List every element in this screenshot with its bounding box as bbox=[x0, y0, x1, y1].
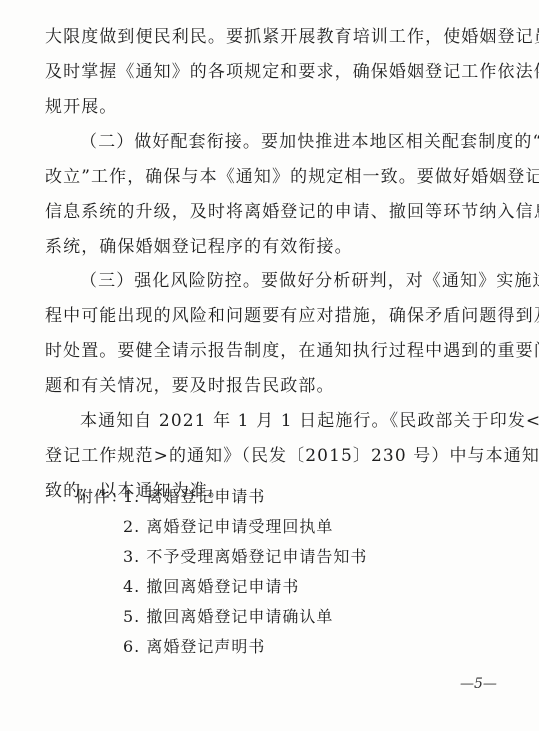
paragraph-line: 题和有关情况，要及时报告民政部。 bbox=[45, 376, 335, 396]
attachment-item: 6. 离婚登记声明书 bbox=[123, 637, 265, 657]
paragraph-line: 信息系统的升级，及时将离婚登记的申请、撤回等环节纳入信息 bbox=[45, 202, 539, 222]
paragraph-line: （三）强化风险防控。要做好分析研判，对《通知》实施过 bbox=[80, 271, 539, 291]
paragraph-line: 规开展。 bbox=[45, 97, 117, 117]
paragraph-line: 本通知自 2021 年 1 月 1 日起施行。《民政部关于印发<婚姻 bbox=[80, 411, 539, 431]
attachment-item: 3. 不予受理离婚登记申请告知书 bbox=[123, 547, 367, 567]
attachment-item: 1. 离婚登记申请书 bbox=[123, 487, 265, 507]
paragraph-line: 改立”工作，确保与本《通知》的规定相一致。要做好婚姻登记 bbox=[45, 167, 539, 187]
paragraph-line: 及时掌握《通知》的各项规定和要求，确保婚姻登记工作依法依 bbox=[45, 62, 539, 82]
paragraph-line: 系统，确保婚姻登记程序的有效衔接。 bbox=[45, 237, 353, 257]
paragraph-line: 程中可能出现的风险和问题要有应对措施，确保矛盾问题得到及 bbox=[45, 306, 539, 326]
attachments-label: 附件： bbox=[77, 487, 127, 507]
paragraph-line: 时处置。要健全请示报告制度，在通知执行过程中遇到的重要问 bbox=[45, 341, 539, 361]
paragraph-line: 登记工作规范>的通知》（民发〔2015〕230 号）中与本通知不一 bbox=[45, 446, 539, 466]
attachment-item: 2. 离婚登记申请受理回执单 bbox=[123, 517, 333, 537]
paragraph-line: （二）做好配套衔接。要加快推进本地区相关配套制度的“废 bbox=[80, 132, 539, 152]
document-page: 大限度做到便民利民。要抓紧开展教育培训工作，使婚姻登记员 及时掌握《通知》的各项… bbox=[0, 0, 539, 731]
paragraph-line: 大限度做到便民利民。要抓紧开展教育培训工作，使婚姻登记员 bbox=[45, 27, 539, 47]
attachment-item: 5. 撤回离婚登记申请确认单 bbox=[123, 607, 333, 627]
page-number: —5— bbox=[460, 676, 497, 692]
attachment-item: 4. 撤回离婚登记申请书 bbox=[123, 577, 299, 597]
